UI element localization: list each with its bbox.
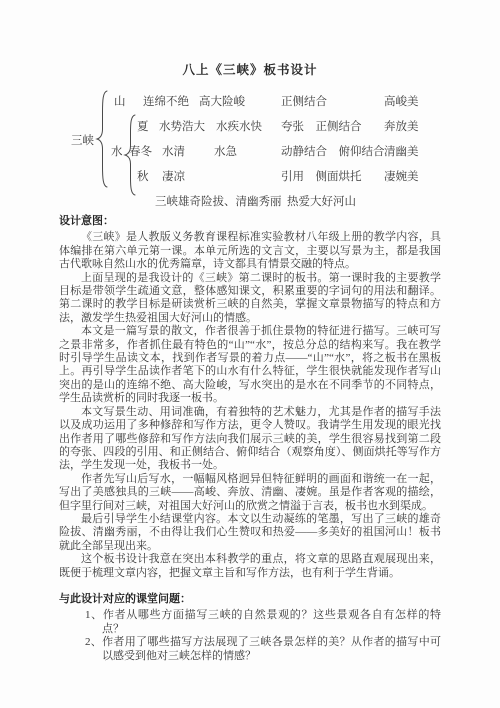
row-feature: 水清 [162, 143, 185, 159]
row-label: 春冬 [129, 143, 152, 159]
document-page: 八上《三峡》板书设计 三峡 水 山 连绵不绝 高大险峻 正侧结合 高峻美 夏 水… [0, 0, 500, 708]
intent-paragraph: 本文写景生动、用词准确，有着独特的艺术魅力，尤其是作者的描写手法以及成功运用了多… [59, 406, 441, 473]
row-feature: 水势浩大 [159, 118, 205, 134]
board-diagram: 三峡 水 山 连绵不绝 高大险峻 正侧结合 高峻美 夏 水势浩大 水疾水快 夸张… [0, 86, 500, 212]
row-feature: 凄凉 [162, 168, 185, 184]
row-beauty: 凄婉美 [384, 168, 419, 184]
row-feature: 连绵不绝 [143, 93, 189, 109]
row-label: 秋 [137, 168, 149, 184]
intent-heading: 设计意图： [59, 215, 441, 228]
row-technique: 夸张 正侧结合 [281, 118, 362, 134]
intent-paragraph: 上面呈现的是我设计的《三峡》第二课时的板书。第一课时我的主要教学目标是带领学生疏… [59, 272, 441, 326]
diagram-summary-right: 热爱大好河山 [287, 193, 356, 209]
row-technique: 动静结合 俯仰结合 [281, 143, 385, 159]
row-label: 山 [114, 93, 126, 109]
row-feature: 水急 [214, 143, 237, 159]
row-beauty: 清幽美 [384, 143, 419, 159]
intent-paragraph: 最后引导学生小结课堂内容。本文以生动凝练的笔墨，写出了三峡的雄奇险拔、清幽秀丽，… [59, 513, 441, 553]
question-number: 1、 [85, 609, 103, 621]
diagram-row-mountain: 山 连绵不绝 高大险峻 正侧结合 高峻美 [0, 93, 500, 107]
row-label: 夏 [137, 118, 149, 134]
diagram-row-spring-winter: 春冬 水清 水急 动静结合 俯仰结合 清幽美 [0, 143, 500, 157]
question-number: 2、 [85, 636, 102, 648]
diagram-summary-left: 三峡雄奇险拔、清幽秀丽 [155, 193, 282, 209]
intent-paragraph: 本文是一篇写景的散文，作者很善于抓住景物的特征进行描写。三峡可写之景非常多，作者… [59, 325, 441, 405]
diagram-row-summer: 夏 水势浩大 水疾水快 夸张 正侧结合 奔放美 [0, 118, 500, 132]
row-feature: 高大险峻 [199, 93, 245, 109]
row-technique: 引用 侧面烘托 [281, 168, 362, 184]
question-text: 作者用了哪些描写方法展现了三峡各景怎样的美？从作者的描写中可以感受到他对三峡怎样… [102, 636, 441, 661]
intent-paragraph: 作者先写山后写水，一幅幅风格迥异但特征鲜明的画面和谐统一在一起，写出了美感独具的… [59, 473, 441, 513]
row-beauty: 高峻美 [384, 93, 419, 109]
question-text: 作者从哪些方面描写三峡的自然景观的？这些景观各自有怎样的特点？ [102, 609, 441, 634]
page-title: 八上《三峡》板书设计 [0, 60, 500, 78]
diagram-summary: 三峡雄奇险拔、清幽秀丽 热爱大好河山 [0, 193, 500, 207]
diagram-row-autumn: 秋 凄凉 引用 侧面烘托 凄婉美 [0, 168, 500, 182]
intent-paragraph: 这个板书设计我意在突出本科教学的重点，将文章的思路直观展现出来，既便于梳理文章内… [59, 553, 441, 580]
document-body: 设计意图： 《三峡》是人教版义务教育课程标准实验教材八年级上册的教学内容，具体编… [59, 215, 441, 663]
question-item: 1、作者从哪些方面描写三峡的自然景观的？这些景观各自有怎样的特点？ [59, 609, 441, 636]
row-beauty: 奔放美 [384, 118, 419, 134]
intent-paragraph: 《三峡》是人教版义务教育课程标准实验教材八年级上册的教学内容，具体编排在第六单元… [59, 231, 441, 271]
row-feature: 水疾水快 [216, 118, 262, 134]
questions-heading: 与此设计对应的课堂问题： [59, 593, 441, 606]
section-gap [59, 580, 441, 593]
row-technique: 正侧结合 [281, 93, 327, 109]
question-item: 2、作者用了哪些描写方法展现了三峡各景怎样的美？从作者的描写中可以感受到他对三峡… [59, 636, 441, 663]
